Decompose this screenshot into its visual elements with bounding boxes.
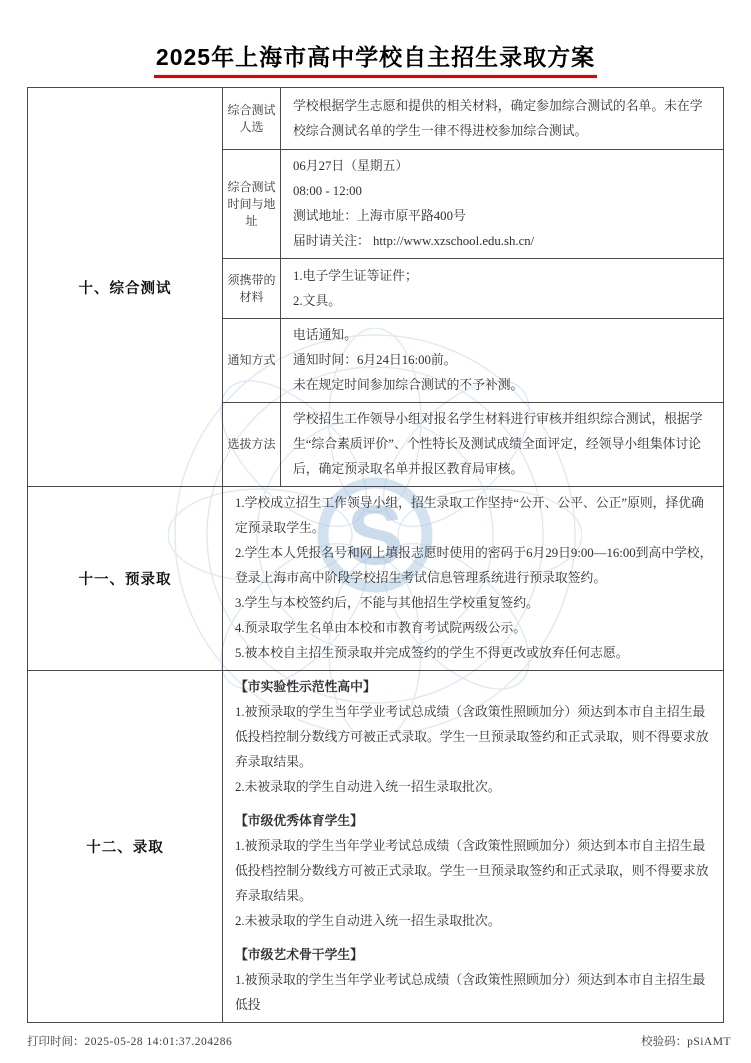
content-line: 1.电子学生证等证件； [293, 264, 713, 289]
page-title: 2025年上海市高中学校自主招生录取方案 [154, 42, 597, 78]
content-line: 【市级艺术骨干学生】 [235, 943, 713, 968]
print-time-label: 打印时间： [27, 1036, 85, 1048]
row-content: 学校招生工作领导小组对报名学生材料进行审核并组织综合测试，根据学生“综合素质评价… [281, 403, 724, 487]
row-label: 综合测试时间与地址 [223, 150, 281, 259]
content-line: 学校根据学生志愿和提供的相关材料，确定参加综合测试的名单。未在学校综合测试名单的… [293, 94, 713, 144]
print-time: 打印时间：2025-05-28 14:01:37.204286 [27, 1033, 232, 1049]
print-time-value: 2025-05-28 14:01:37.204286 [85, 1036, 233, 1048]
content-lines: 1.学校成立招生工作领导小组，招生录取工作坚持“公开、公平、公正”原则，择优确定… [235, 491, 713, 666]
table-row: 十一、预录取 1.学校成立招生工作领导小组，招生录取工作坚持“公开、公平、公正”… [28, 487, 724, 671]
content-line: 1.被预录取的学生当年学业考试总成绩（含政策性照顾加分）须达到本市自主招生最低投 [235, 968, 713, 1018]
content-line: 1.被预录取的学生当年学业考试总成绩（含政策性照顾加分）须达到本市自主招生最低投… [235, 700, 713, 775]
row-content: 电话通知。通知时间：6月24日16:00前。未在规定时间参加综合测试的不予补测。 [281, 319, 724, 403]
document-page: S 2025年上海市高中学校自主招生录取方案 十、综合测试 综合测试人选 学校根… [0, 0, 751, 1063]
content-lines: 1.电子学生证等证件；2.文具。 [293, 264, 713, 314]
content-line: 5.被本校自主招生预录取并完成签约的学生不得更改或放弃任何志愿。 [235, 641, 713, 666]
content-line: 通知时间：6月24日16:00前。 [293, 348, 713, 373]
content-line: 届时请关注： http://www.xzschool.edu.sh.cn/ [293, 229, 713, 254]
row-label: 选拔方法 [223, 403, 281, 487]
table-row: 十二、录取 【市实验性示范性高中】1.被预录取的学生当年学业考试总成绩（含政策性… [28, 671, 724, 1023]
table-row: 十、综合测试 综合测试人选 学校根据学生志愿和提供的相关材料，确定参加综合测试的… [28, 88, 724, 150]
page-footer: 打印时间：2025-05-28 14:01:37.204286 校验码：pSiA… [27, 1033, 731, 1049]
content-line: 08:00 - 12:00 [293, 179, 713, 204]
content-line: 学校招生工作领导小组对报名学生材料进行审核并组织综合测试，根据学生“综合素质评价… [293, 407, 713, 482]
section-cell-pre-admission: 十一、预录取 [28, 487, 223, 671]
content-line: 1.被预录取的学生当年学业考试总成绩（含政策性照顾加分）须达到本市自主招生最低投… [235, 834, 713, 909]
row-content: 1.电子学生证等证件；2.文具。 [281, 259, 724, 319]
content-lines: 【市实验性示范性高中】1.被预录取的学生当年学业考试总成绩（含政策性照顾加分）须… [235, 675, 713, 1018]
title-block: 2025年上海市高中学校自主招生录取方案 [0, 0, 751, 78]
section-cell-comprehensive-test: 十、综合测试 [28, 88, 223, 487]
admission-plan-table: 十、综合测试 综合测试人选 学校根据学生志愿和提供的相关材料，确定参加综合测试的… [27, 87, 724, 1023]
content-lines: 学校招生工作领导小组对报名学生材料进行审核并组织综合测试，根据学生“综合素质评价… [293, 407, 713, 482]
content-line: 2.未被录取的学生自动进入统一招生录取批次。 [235, 909, 713, 934]
content-line: 【市实验性示范性高中】 [235, 675, 713, 700]
content-lines: 学校根据学生志愿和提供的相关材料，确定参加综合测试的名单。未在学校综合测试名单的… [293, 94, 713, 144]
content-lines: 电话通知。通知时间：6月24日16:00前。未在规定时间参加综合测试的不予补测。 [293, 323, 713, 398]
content-line: 【市级优秀体育学生】 [235, 809, 713, 834]
section-cell-admission: 十二、录取 [28, 671, 223, 1023]
row-label: 通知方式 [223, 319, 281, 403]
content-line: 未在规定时间参加综合测试的不予补测。 [293, 373, 713, 398]
content-line: 1.学校成立招生工作领导小组，招生录取工作坚持“公开、公平、公正”原则，择优确定… [235, 491, 713, 541]
row-content: 学校根据学生志愿和提供的相关材料，确定参加综合测试的名单。未在学校综合测试名单的… [281, 88, 724, 150]
row-content: 06月27日（星期五）08:00 - 12:00测试地址：上海市原平路400号届… [281, 150, 724, 259]
content-line: 测试地址：上海市原平路400号 [293, 204, 713, 229]
section-content: 【市实验性示范性高中】1.被预录取的学生当年学业考试总成绩（含政策性照顾加分）须… [223, 671, 724, 1023]
content-line: 2.学生本人凭报名号和网上填报志愿时使用的密码于6月29日9:00—16:00到… [235, 541, 713, 591]
content-line: 06月27日（星期五） [293, 154, 713, 179]
row-label: 综合测试人选 [223, 88, 281, 150]
content-line: 2.文具。 [293, 289, 713, 314]
content-line: 电话通知。 [293, 323, 713, 348]
row-label: 须携带的材料 [223, 259, 281, 319]
content-line: 2.未被录取的学生自动进入统一招生录取批次。 [235, 775, 713, 800]
content-line: 4.预录取学生名单由本校和市教育考试院两级公示。 [235, 616, 713, 641]
content-lines: 06月27日（星期五）08:00 - 12:00测试地址：上海市原平路400号届… [293, 154, 713, 254]
checksum: 校验码：pSiAMT [641, 1033, 731, 1049]
content-line: 3.学生与本校签约后，不能与其他招生学校重复签约。 [235, 591, 713, 616]
checksum-label: 校验码： [641, 1036, 687, 1048]
section-content: 1.学校成立招生工作领导小组，招生录取工作坚持“公开、公平、公正”原则，择优确定… [223, 487, 724, 671]
checksum-value: pSiAMT [687, 1036, 731, 1048]
